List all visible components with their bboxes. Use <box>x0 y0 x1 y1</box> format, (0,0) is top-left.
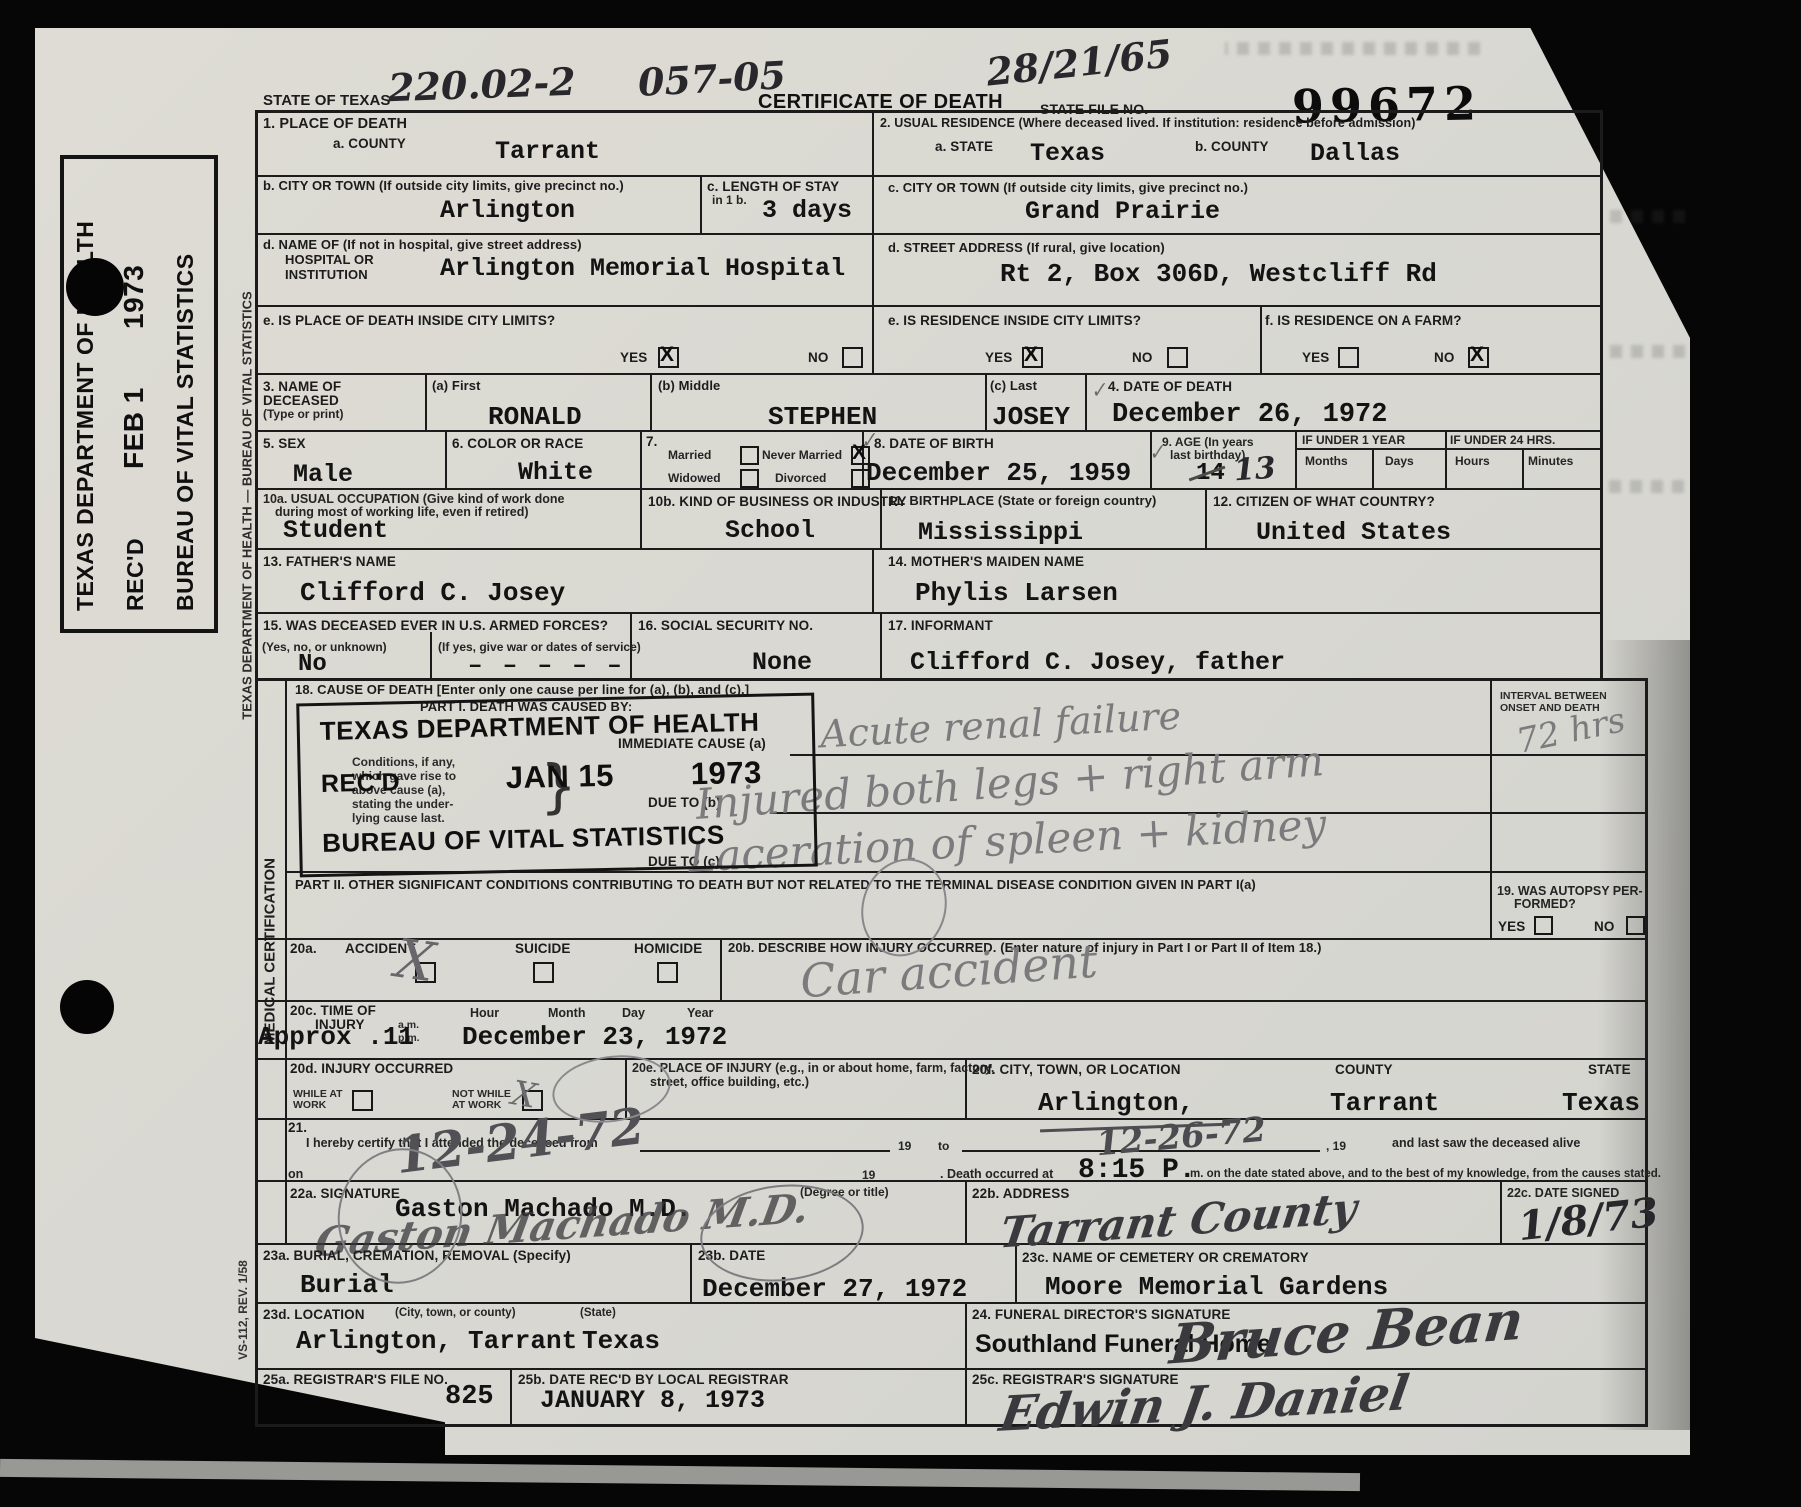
grid-line <box>1522 448 1524 488</box>
field-20f-city-value: Arlington, <box>1038 1090 1194 1116</box>
field-1b-label: b. CITY OR TOWN (If outside city limits,… <box>263 179 624 194</box>
field-20f-label: 20f. CITY, TOWN, OR LOCATION <box>972 1062 1181 1078</box>
field-20e-label2: street, office building, etc.) <box>650 1075 809 1089</box>
field-9-hours-label: Hours <box>1455 455 1490 469</box>
field-12-label: 12. CITIZEN OF WHAT COUNTRY? <box>1213 494 1435 510</box>
field-14-label: 14. MOTHER'S MAIDEN NAME <box>888 554 1084 570</box>
field-2f-label: f. IS RESIDENCE ON A FARM? <box>1265 313 1462 329</box>
grid-line <box>985 373 987 430</box>
field-20e-label1: 20e. PLACE OF INJURY (e.g., in or about … <box>632 1061 994 1075</box>
field-20f-state-value: Texas <box>1562 1090 1640 1116</box>
received-stamp-feb: TEXAS DEPARTMENT OF HEALTH REC'D FEB 1 1… <box>60 155 218 633</box>
field-19-yes-label: YES <box>1498 919 1525 935</box>
field-1d-value: Arlington Memorial Hospital <box>440 256 845 281</box>
grid-line <box>872 548 874 612</box>
grid-line <box>1295 430 1297 488</box>
field-2e-no-checkbox <box>1167 347 1188 368</box>
field-15-label: 15. WAS DECEASED EVER IN U.S. ARMED FORC… <box>263 618 608 634</box>
field-21-time-value: 8:15 P. <box>1078 1157 1196 1185</box>
field-20c-month-label: Month <box>548 1006 585 1020</box>
field-20c-hour-label: Hour <box>470 1006 499 1020</box>
grid-line <box>430 632 432 678</box>
grid-line <box>720 938 722 1000</box>
interval-label1: INTERVAL BETWEEN <box>1500 690 1607 702</box>
received-stamp-jan: TEXAS DEPARTMENT OF HEALTH REC'D JAN 15 … <box>296 693 818 878</box>
field-1d-label2: HOSPITAL OR <box>285 253 374 268</box>
field-23d-city-value: Arlington, <box>296 1328 452 1354</box>
field-20a-suicide-checkbox <box>533 962 554 983</box>
field-7-widowed-checkbox <box>740 469 759 488</box>
bleed-through-mark <box>1605 345 1685 358</box>
field-15-value: No <box>298 653 327 677</box>
field-19-yes-checkbox <box>1534 916 1553 935</box>
field-21-19b: , 19 <box>1326 1140 1346 1154</box>
bleed-through-mark <box>1602 480 1684 493</box>
field-20c-year-label: Year <box>687 1006 713 1020</box>
blank-line <box>640 1150 890 1152</box>
field-1-title: 1. PLACE OF DEATH <box>263 116 407 133</box>
field-21-death-occurred: . Death occurred at <box>940 1167 1053 1181</box>
field-20a-label: 20a. <box>290 941 317 957</box>
field-20f-county-value: Tarrant <box>1330 1090 1439 1116</box>
field-13-value: Clifford C. Josey <box>300 580 565 606</box>
field-1e-label: e. IS PLACE OF DEATH INSIDE CITY LIMITS? <box>263 313 555 329</box>
grid-line <box>1445 430 1447 488</box>
grid-line <box>255 1424 1648 1427</box>
stamp-line3: BUREAU OF VITAL STATISTICS <box>322 822 725 856</box>
field-1d-label: d. NAME OF (If not in hospital, give str… <box>263 238 582 253</box>
grid-line <box>510 1368 512 1424</box>
field-1c-label2: in 1 b. <box>712 194 747 208</box>
grid-line <box>872 110 874 373</box>
field-17-value: Clifford C. Josey, father <box>910 650 1285 675</box>
field-3-title3: (Type or print) <box>263 408 343 422</box>
field-2e-yes-x-mark: X <box>1024 344 1038 365</box>
field-3c-label: (c) Last <box>990 379 1037 394</box>
field-23b-value: December 27, 1972 <box>702 1276 967 1302</box>
field-13-label: 13. FATHER'S NAME <box>263 554 396 570</box>
grid-line <box>690 1243 692 1302</box>
field-7-married-label: Married <box>668 449 711 463</box>
field-1a-value: Tarrant <box>495 139 600 164</box>
field-9-minutes-label: Minutes <box>1528 455 1573 469</box>
field-20f-county-label: COUNTY <box>1335 1062 1393 1078</box>
field-11-label: 11. BIRTHPLACE (State or foreign country… <box>888 494 1156 509</box>
grid-line <box>255 233 1600 235</box>
state-of-texas-label: STATE OF TEXAS <box>263 92 391 109</box>
field-20a-suicide-label: SUICIDE <box>515 941 570 957</box>
field-2e-yes-label: YES <box>985 350 1012 366</box>
grid-line <box>255 305 1600 307</box>
field-1e-yes-label: YES <box>620 350 647 366</box>
punch-hole <box>66 258 124 316</box>
field-25a-label: 25a. REGISTRAR'S FILE NO. <box>263 1372 448 1388</box>
field-21-on: on <box>288 1167 303 1181</box>
field-6-label: 6. COLOR OR RACE <box>452 436 583 452</box>
paper-curl-shade <box>1598 640 1690 1430</box>
form-number: VS-112, REV. 1/58 <box>236 1225 250 1395</box>
field-20c-value2: December 23, 1972 <box>462 1024 727 1050</box>
field-16-value: None <box>752 650 812 675</box>
grid-line <box>880 612 882 678</box>
field-16-label: 16. SOCIAL SECURITY NO. <box>638 618 813 634</box>
field-3a-label: (a) First <box>432 379 481 394</box>
field-4-value: December 26, 1972 <box>1112 402 1387 429</box>
field-7-never-married-label: Never Married <box>762 449 842 463</box>
field-2d-value: Rt 2, Box 306D, Westcliff Rd <box>1000 261 1437 287</box>
field-21-line2d: m. on the date stated above, and to the … <box>1190 1168 1661 1181</box>
field-2f-yes-checkbox <box>1338 347 1359 368</box>
field-9-under24-header: IF UNDER 24 HRS. <box>1450 434 1555 448</box>
grid-line <box>1600 110 1603 680</box>
field-20f-state-label: STATE <box>1588 1062 1631 1078</box>
field-7-married-checkbox <box>740 446 759 465</box>
field-2f-no-label: NO <box>1434 350 1454 366</box>
field-4-label: 4. DATE OF DEATH <box>1108 379 1232 395</box>
stamp-date: FEB 1 <box>120 387 148 469</box>
field-21-to: to <box>938 1140 949 1154</box>
field-7-label: 7. <box>646 434 657 450</box>
punch-hole <box>60 980 114 1034</box>
field-23d-state-value: Texas <box>582 1328 660 1354</box>
grid-line <box>255 678 1645 681</box>
field-20a-accident-pencil-x: X <box>392 932 438 991</box>
field-2d-label: d. STREET ADDRESS (If rural, give locati… <box>888 241 1165 256</box>
field-21-19a: 19 <box>898 1140 911 1154</box>
field-4-pencil-check: ✓ <box>1088 378 1109 401</box>
grid-line <box>255 1000 1645 1002</box>
field-2f-no-x-mark: X <box>1470 344 1484 365</box>
field-23d-sub1: (City, town, or county) <box>395 1307 516 1320</box>
field-7-divorced-label: Divorced <box>775 472 826 486</box>
grid-line <box>445 430 447 488</box>
field-23d-label: 23d. LOCATION <box>263 1307 365 1323</box>
grid-line <box>1085 373 1087 430</box>
grid-line <box>255 110 1600 113</box>
stamp-year: 1973 <box>690 757 762 789</box>
field-2c-label: c. CITY OR TOWN (If outside city limits,… <box>888 181 1248 196</box>
grid-line <box>650 373 652 430</box>
field-5-value: Male <box>293 462 353 487</box>
field-20a-homicide-label: HOMICIDE <box>634 941 702 957</box>
field-2-title: 2. USUAL RESIDENCE (Where deceased lived… <box>880 116 1415 130</box>
field-20d-label: 20d. INJURY OCCURRED <box>290 1061 453 1077</box>
grid-line <box>1490 678 1492 938</box>
field-11-value: Mississippi <box>918 520 1083 545</box>
field-2f-yes-label: YES <box>1302 350 1329 366</box>
grid-line <box>285 678 287 1243</box>
grid-line <box>640 430 642 488</box>
field-1e-no-checkbox <box>842 347 863 368</box>
field-12-value: United States <box>1256 520 1451 545</box>
field-9-days-label: Days <box>1385 455 1414 469</box>
field-19-no-label: NO <box>1594 919 1614 935</box>
stamp-date: JAN 15 <box>506 760 615 793</box>
field-23c-value: Moore Memorial Gardens <box>1045 1274 1388 1300</box>
field-2e-no-label: NO <box>1132 350 1152 366</box>
grid-line <box>255 1058 1645 1060</box>
bleed-through-mark <box>1605 210 1685 223</box>
field-1e-yes-x-mark: X <box>660 344 674 365</box>
bleed-through-mark <box>1225 42 1480 55</box>
field-25b-value: JANUARY 8, 1973 <box>540 1388 765 1413</box>
field-18-part2-label: PART II. OTHER SIGNIFICANT CONDITIONS CO… <box>295 878 1256 893</box>
field-19-no-checkbox <box>1626 916 1645 935</box>
grid-line <box>1645 678 1648 1424</box>
stamp-recd: REC'D <box>124 538 147 611</box>
grid-line <box>255 1368 1645 1370</box>
field-22b-label: 22b. ADDRESS <box>972 1186 1069 1202</box>
side-vertical-text: TEXAS DEPARTMENT OF HEALTH — BUREAU OF V… <box>240 271 255 741</box>
field-10a-value: Student <box>283 518 388 543</box>
grid-line <box>255 488 1600 490</box>
field-3a-value: RONALD <box>488 404 582 430</box>
next-page-sliver <box>0 1459 1360 1491</box>
field-23d-county-value: Tarrant <box>468 1328 577 1354</box>
field-20c-day-label: Day <box>622 1006 645 1020</box>
field-5-label: 5. SEX <box>263 436 306 452</box>
grid-line <box>255 612 1600 614</box>
handwritten-code-1: 220.02-2 <box>387 63 576 108</box>
grid-line <box>640 488 642 548</box>
grid-line <box>255 175 1600 177</box>
stamp-recd: REC'D <box>321 770 401 797</box>
field-3b-label: (b) Middle <box>658 379 720 394</box>
field-9-pen-value: 13 <box>1233 454 1277 487</box>
grid-line <box>1372 448 1374 488</box>
field-25a-value: 825 <box>445 1384 494 1411</box>
field-7-widowed-label: Widowed <box>668 472 721 486</box>
field-2a-label: a. STATE <box>935 139 993 155</box>
field-2a-value: Texas <box>1030 141 1105 166</box>
field-1e-no-label: NO <box>808 350 828 366</box>
field-1b-value: Arlington <box>440 198 575 223</box>
field-23d-sub2: (State) <box>580 1307 616 1320</box>
field-1c-value: 3 days <box>762 198 852 223</box>
field-3c-value: JOSEY <box>992 404 1070 430</box>
field-8-label: 8. DATE OF BIRTH <box>874 436 994 452</box>
field-1d-label3: INSTITUTION <box>285 268 368 283</box>
field-21-19c: 19 <box>862 1169 875 1183</box>
grid-line <box>255 430 1600 432</box>
field-20d-while2: WORK <box>293 1099 326 1111</box>
grid-line <box>425 373 427 430</box>
grid-line <box>965 1302 967 1368</box>
field-2c-value: Grand Prairie <box>1025 199 1220 224</box>
grid-line <box>255 373 1600 375</box>
grid-line <box>700 175 702 233</box>
field-14-value: Phylis Larsen <box>915 580 1118 606</box>
field-20d-while-checkbox <box>352 1090 373 1111</box>
stamp-line1: TEXAS DEPARTMENT OF HEALTH <box>320 709 760 744</box>
field-15-dashes: – – – – – <box>468 655 625 679</box>
grid-line <box>1500 1180 1502 1243</box>
grid-line <box>1205 488 1207 548</box>
field-21-number: 21. <box>288 1120 307 1136</box>
field-2b-value: Dallas <box>1310 141 1400 166</box>
field-9-under1yr-header: IF UNDER 1 YEAR <box>1302 434 1405 448</box>
field-8-value: December 25, 1959 <box>866 460 1131 486</box>
grid-line <box>255 548 1600 550</box>
field-20a-homicide-checkbox <box>657 962 678 983</box>
field-6-value: White <box>518 460 593 485</box>
field-1a-label: a. COUNTY <box>333 136 406 152</box>
death-certificate-scan: TEXAS DEPARTMENT OF HEALTH REC'D FEB 1 1… <box>0 0 1801 1507</box>
stamp-line3: BUREAU OF VITAL STATISTICS <box>174 253 197 611</box>
field-23c-label: 23c. NAME OF CEMETERY OR CREMATORY <box>1022 1250 1309 1266</box>
field-2b-label: b. COUNTY <box>1195 139 1269 155</box>
stamp-year: 1973 <box>120 265 148 329</box>
field-20d-notwhile2: AT WORK <box>452 1099 501 1111</box>
field-19-label2: FORMED? <box>1514 897 1576 911</box>
field-2e-label: e. IS RESIDENCE INSIDE CITY LIMITS? <box>888 313 1141 329</box>
grid-line <box>965 1180 967 1243</box>
grid-line <box>1295 448 1600 450</box>
field-3b-value: STEPHEN <box>768 404 877 430</box>
grid-line <box>255 110 258 1424</box>
field-9-months-label: Months <box>1305 455 1348 469</box>
field-10b-label: 10b. KIND OF BUSINESS OR INDUSTRY <box>648 494 907 510</box>
field-10b-value: School <box>725 518 815 543</box>
field-21-line1e: and last saw the deceased alive <box>1392 1136 1580 1150</box>
field-20c-value1: Approx .11 <box>258 1024 414 1050</box>
field-17-label: 17. INFORMANT <box>888 618 993 634</box>
grid-line <box>965 1368 967 1424</box>
grid-line <box>1260 305 1262 373</box>
